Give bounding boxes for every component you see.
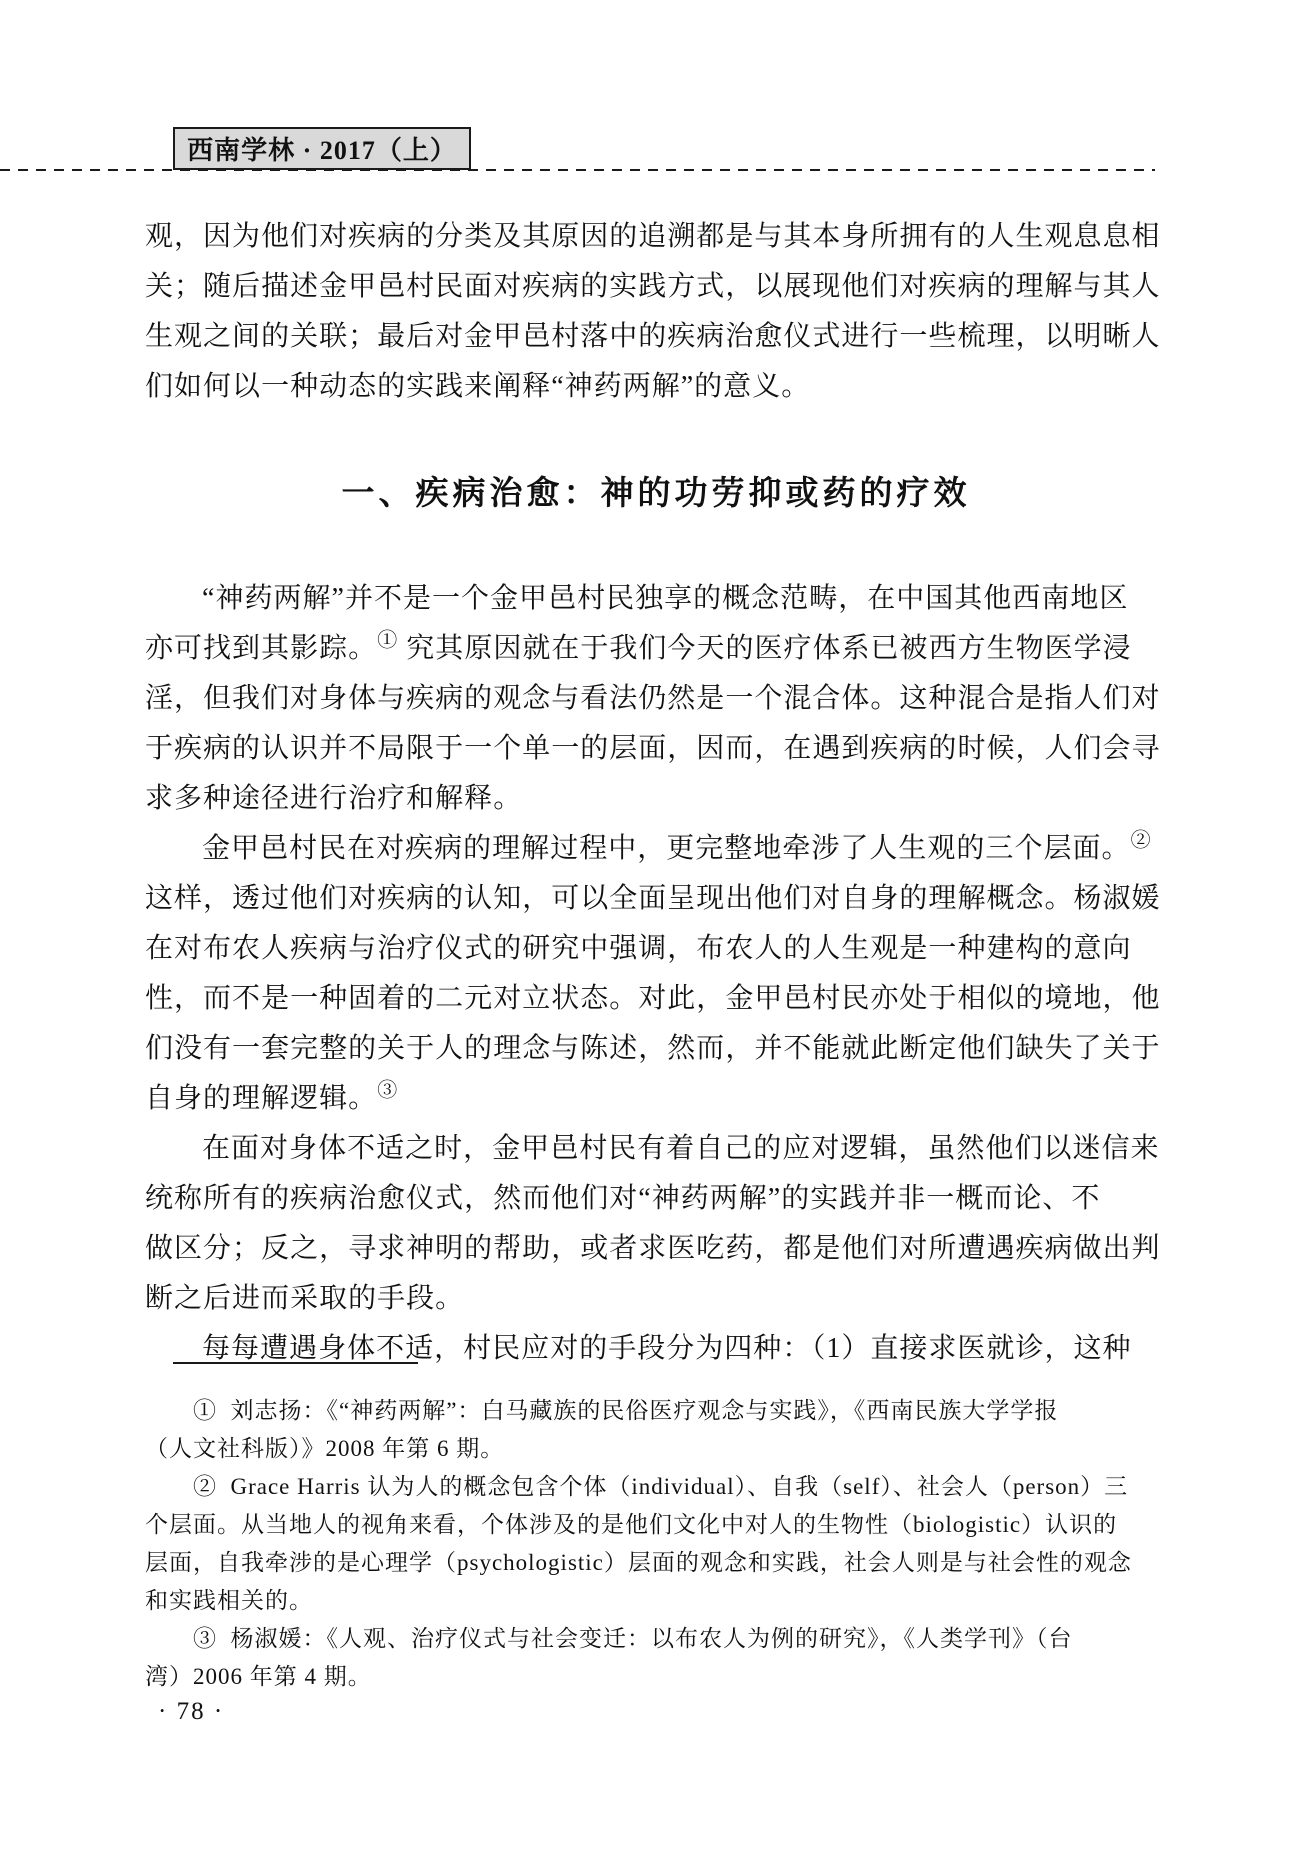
body-text-line: “神药两解”并不是一个金甲邑村民独享的概念范畴，在中国其他西南地区: [145, 574, 1167, 624]
section-heading: 一、疾病治愈：神的功劳抑或药的疗效: [145, 468, 1167, 518]
paragraph: “神药两解”并不是一个金甲邑村民独享的概念范畴，在中国其他西南地区亦可找到其影踪…: [145, 574, 1167, 824]
page-number: · 78 ·: [158, 1698, 224, 1726]
body-text-line: 淫，但我们对身体与疾病的观念与看法仍然是一个混合体。这种混合是指人们对: [145, 674, 1167, 724]
footnote-ref: ②: [1131, 830, 1152, 852]
footnote-line: 湾）2006 年第 4 期。: [145, 1658, 1169, 1696]
paragraph: 金甲邑村民在对疾病的理解过程中，更完整地牵涉了人生观的三个层面。②这样，透过他们…: [145, 824, 1167, 1124]
body-text-line: 于疾病的认识并不局限于一个单一的层面，因而，在遇到疾病的时候，人们会寻: [145, 724, 1167, 774]
footnote-line: ③ 杨淑媛：《人观、治疗仪式与社会变迁：以布农人为例的研究》，《人类学刊》（台: [145, 1620, 1169, 1658]
footnote-line: 层面，自我牵涉的是心理学（psychologistic）层面的观念和实践，社会人…: [145, 1544, 1169, 1582]
body-text-line: 做区分；反之，寻求神明的帮助，或者求医吃药，都是他们对所遭遇疾病做出判: [145, 1224, 1167, 1274]
footnote: ① 刘志扬：《“神药两解”：白马藏族的民俗医疗观念与实践》，《西南民族大学学报（…: [145, 1392, 1169, 1468]
document-page: 西南学林 · 2017（上） 观，因为他们对疾病的分类及其原因的追溯都是与其本身…: [0, 0, 1307, 1859]
body-text-line: 关；随后描述金甲邑村民面对疾病的实践方式，以展现他们对疾病的理解与其人: [145, 262, 1167, 312]
body-text-line: 求多种途径进行治疗和解释。: [145, 774, 1167, 824]
body-text-line: 每每遭遇身体不适，村民应对的手段分为四种：（1）直接求医就诊，这种: [145, 1324, 1167, 1374]
body-text-line: 金甲邑村民在对疾病的理解过程中，更完整地牵涉了人生观的三个层面。②: [145, 824, 1167, 874]
footnote-line: （人文社科版）》2008 年第 6 期。: [145, 1430, 1169, 1468]
body-text-line: 亦可找到其影踪。① 究其原因就在于我们今天的医疗体系已被西方生物医学浸: [145, 624, 1167, 674]
footnote-ref: ③: [377, 1080, 398, 1102]
body-text: 观，因为他们对疾病的分类及其原因的追溯都是与其本身所拥有的人生观息息相关；随后描…: [145, 212, 1167, 1374]
footnote-line: ① 刘志扬：《“神药两解”：白马藏族的民俗医疗观念与实践》，《西南民族大学学报: [145, 1392, 1169, 1430]
body-text-line: 自身的理解逻辑。③: [145, 1074, 1167, 1124]
footnotes: ① 刘志扬：《“神药两解”：白马藏族的民俗医疗观念与实践》，《西南民族大学学报（…: [145, 1392, 1169, 1696]
footnote-ref: ①: [377, 630, 398, 652]
body-text-line: 性，而不是一种固着的二元对立状态。对此，金甲邑村民亦处于相似的境地，他: [145, 974, 1167, 1024]
body-text-line: 们没有一套完整的关于人的理念与陈述，然而，并不能就此断定他们缺失了关于: [145, 1024, 1167, 1074]
paragraph: 在面对身体不适之时，金甲邑村民有着自己的应对逻辑，虽然他们以迷信来统称所有的疾病…: [145, 1124, 1167, 1324]
body-text-line: 在对布农人疾病与治疗仪式的研究中强调，布农人的人生观是一种建构的意向: [145, 924, 1167, 974]
footnote-line: 个层面。从当地人的视角来看，个体涉及的是他们文化中对人的生物性（biologis…: [145, 1506, 1169, 1544]
footnote: ③ 杨淑媛：《人观、治疗仪式与社会变迁：以布农人为例的研究》，《人类学刊》（台湾…: [145, 1620, 1169, 1696]
footnote-line: 和实践相关的。: [145, 1582, 1169, 1620]
body-text-line: 生观之间的关联；最后对金甲邑村落中的疾病治愈仪式进行一些梳理，以明晰人: [145, 312, 1167, 362]
footnote-line: ② Grace Harris 认为人的概念包含个体（individual）、自我…: [145, 1468, 1169, 1506]
body-text-line: 在面对身体不适之时，金甲邑村民有着自己的应对逻辑，虽然他们以迷信来: [145, 1124, 1167, 1174]
paragraph: 观，因为他们对疾病的分类及其原因的追溯都是与其本身所拥有的人生观息息相关；随后描…: [145, 212, 1167, 412]
paragraph: 每每遭遇身体不适，村民应对的手段分为四种：（1）直接求医就诊，这种: [145, 1324, 1167, 1374]
journal-header-box: 西南学林 · 2017（上）: [173, 127, 471, 170]
journal-title: 西南学林 · 2017（上）: [187, 130, 457, 167]
footnote-divider: [173, 1362, 418, 1364]
body-text-line: 们如何以一种动态的实践来阐释“神药两解”的意义。: [145, 362, 1167, 412]
body-text-line: 统称所有的疾病治愈仪式，然而他们对“神药两解”的实践并非一概而论、不: [145, 1174, 1167, 1224]
body-text-line: 这样，透过他们对疾病的认知，可以全面呈现出他们对自身的理解概念。杨淑媛: [145, 874, 1167, 924]
body-text-line: 断之后进而采取的手段。: [145, 1274, 1167, 1324]
footnote: ② Grace Harris 认为人的概念包含个体（individual）、自我…: [145, 1468, 1169, 1620]
body-text-line: 观，因为他们对疾病的分类及其原因的追溯都是与其本身所拥有的人生观息息相: [145, 212, 1167, 262]
